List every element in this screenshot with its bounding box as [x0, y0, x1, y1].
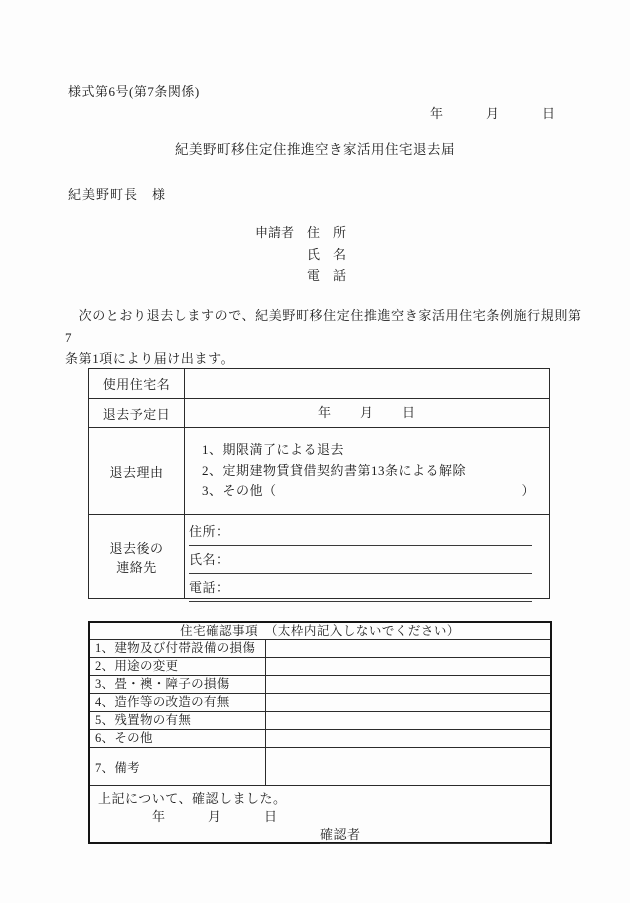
- table-row-housing-name: 使用住宅名: [89, 369, 549, 399]
- check-item-7-value: [266, 748, 550, 785]
- departure-reason-label: 退去理由: [89, 428, 185, 514]
- confirmation-statement: 上記について、確認しました。: [98, 790, 550, 807]
- check-item-5-label: 5、残置物の有無: [90, 712, 266, 729]
- check-item-3-label: 3、畳・襖・障子の損傷: [90, 676, 266, 693]
- check-item-3-value: [266, 676, 550, 693]
- contact-after-label-line2: 連絡先: [116, 557, 157, 576]
- confirmation-table-header: 住宅確認事項 （太枠内記入しないでください）: [90, 623, 550, 640]
- body-paragraph: 次のとおり退去しますので、紀美野町移住定住推進空き家活用住宅条例施行規則第7 条…: [65, 305, 585, 370]
- body-line-2: 条第1項により届け出ます。: [65, 348, 585, 370]
- reason-option-3: 3、その他（ ）: [202, 481, 535, 502]
- table-row-contact-after: 退去後の 連絡先 住所： 氏名： 電話：: [89, 515, 549, 598]
- reason-option-3-text: 3、その他（: [202, 481, 277, 502]
- housing-name-value: [185, 369, 549, 398]
- reason-option-2: 2、定期建物賃貸借契約書第13条による解除: [202, 461, 535, 482]
- body-line-1: 次のとおり退去しますので、紀美野町移住定住推進空き家活用住宅条例施行規則第7: [65, 305, 585, 348]
- contact-after-label: 退去後の 連絡先: [89, 515, 185, 598]
- check-item-row-remarks: 7、備考: [90, 748, 550, 786]
- departure-table: 使用住宅名 退去予定日 年 月 日 退去理由 1、期限満了による退去 2、定期建…: [88, 368, 550, 599]
- departure-date-value: 年 月 日: [185, 399, 549, 427]
- check-item-2-value: [266, 658, 550, 675]
- reason-option-3-close-paren: ）: [521, 481, 535, 502]
- contact-name-field: 氏名：: [189, 547, 532, 574]
- contact-address-field: 住所：: [189, 519, 532, 546]
- contact-after-fields: 住所： 氏名： 電話：: [185, 515, 549, 598]
- check-item-row: 1、建物及び付帯設備の損傷: [90, 640, 550, 658]
- confirmation-date-line: 年 月 日: [98, 808, 550, 825]
- check-item-row: 3、畳・襖・障子の損傷: [90, 676, 550, 694]
- table-row-departure-reason: 退去理由 1、期限満了による退去 2、定期建物賃貸借契約書第13条による解除 3…: [89, 428, 549, 515]
- addressee: 紀美野町長 様: [68, 184, 166, 203]
- page-title: 紀美野町移住定住推進空き家活用住宅退去届: [0, 138, 630, 158]
- check-item-2-label: 2、用途の変更: [90, 658, 266, 675]
- applicant-address-label: 住 所: [307, 222, 346, 244]
- document-page: { "document": { "form_number": "様式第6号(第7…: [0, 0, 630, 903]
- contact-after-label-line1: 退去後の: [109, 538, 163, 557]
- table-row-departure-date: 退去予定日 年 月 日: [89, 399, 549, 428]
- confirmation-footer: 上記について、確認しました。 年 月 日 確認者: [90, 786, 550, 842]
- departure-reason-options: 1、期限満了による退去 2、定期建物賃貸借契約書第13条による解除 3、その他（…: [185, 428, 549, 514]
- check-item-row: 2、用途の変更: [90, 658, 550, 676]
- check-item-4-value: [266, 694, 550, 711]
- applicant-fields: 住 所 氏 名 電 話: [307, 222, 346, 287]
- reason-option-1: 1、期限満了による退去: [202, 440, 535, 461]
- check-item-6-value: [266, 730, 550, 747]
- confirmer-signature-field: 確認者: [320, 827, 546, 844]
- confirmation-table: 住宅確認事項 （太枠内記入しないでください） 1、建物及び付帯設備の損傷 2、用…: [88, 621, 552, 844]
- applicant-label: 申請者: [255, 222, 294, 287]
- check-item-row: 4、造作等の改造の有無: [90, 694, 550, 712]
- check-item-1-label: 1、建物及び付帯設備の損傷: [90, 640, 266, 657]
- applicant-phone-label: 電 話: [307, 265, 346, 287]
- check-item-1-value: [266, 640, 550, 657]
- check-item-6-label: 6、その他: [90, 730, 266, 747]
- check-item-7-label: 7、備考: [90, 748, 266, 785]
- contact-phone-field: 電話：: [189, 575, 532, 602]
- form-number: 様式第6号(第7条関係): [68, 81, 200, 100]
- check-item-4-label: 4、造作等の改造の有無: [90, 694, 266, 711]
- check-item-5-value: [266, 712, 550, 729]
- check-item-row: 5、残置物の有無: [90, 712, 550, 730]
- applicant-name-label: 氏 名: [307, 244, 346, 266]
- check-item-row: 6、その他: [90, 730, 550, 748]
- applicant-block: 申請者 住 所 氏 名 電 話: [255, 222, 346, 287]
- departure-date-label: 退去予定日: [89, 399, 185, 427]
- date-line-top: 年 月 日: [0, 103, 556, 122]
- housing-name-label: 使用住宅名: [89, 369, 185, 398]
